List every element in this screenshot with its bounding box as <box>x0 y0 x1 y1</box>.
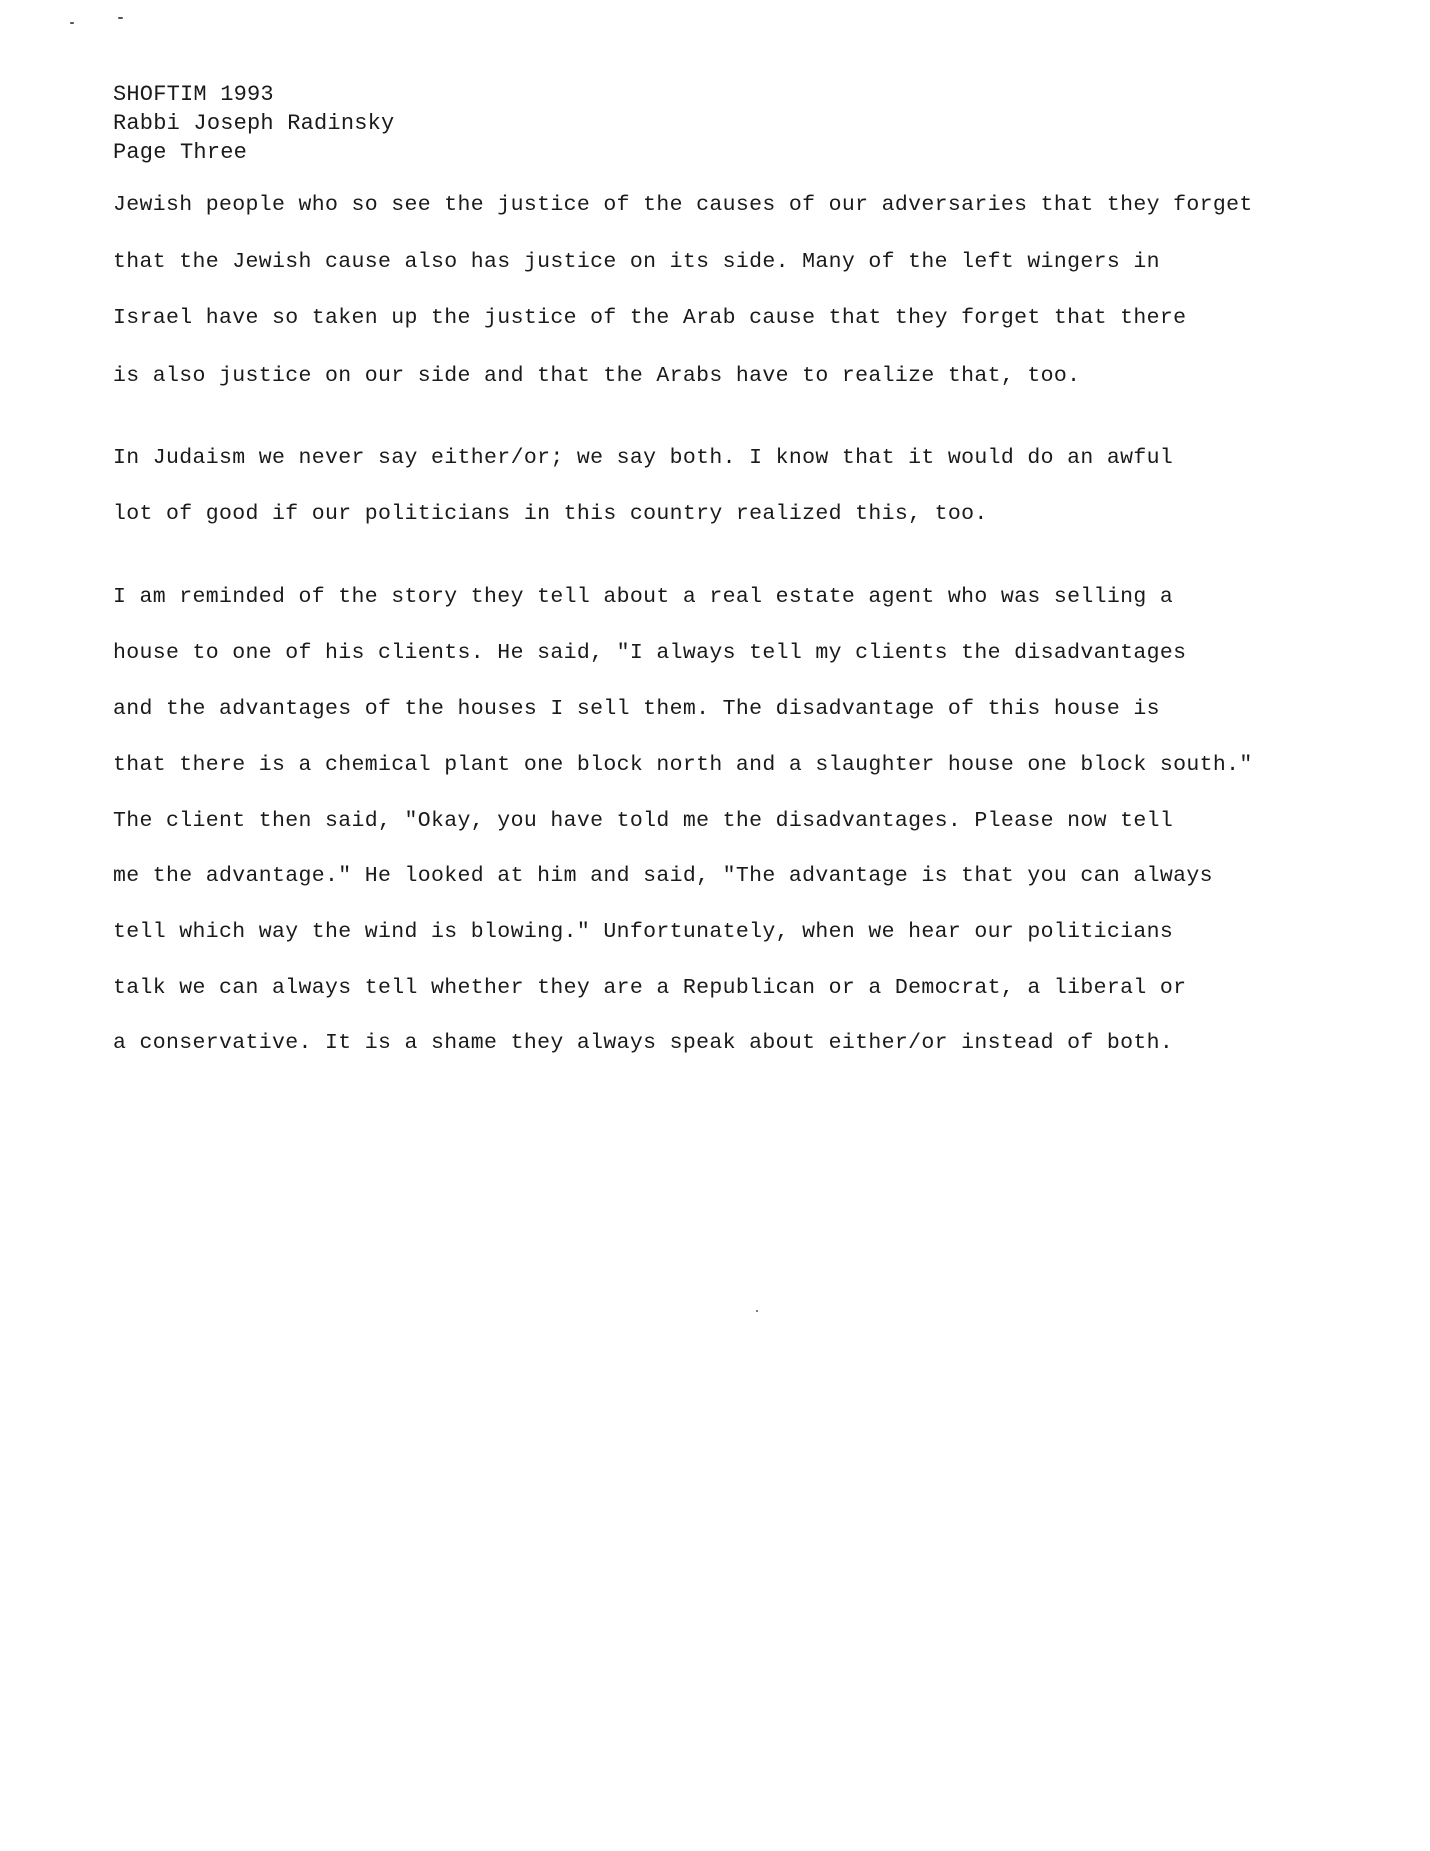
paragraph-3-line: me the advantage." He looked at him and … <box>113 864 1213 888</box>
page-label: Page Three <box>113 138 394 167</box>
paragraph-3-line: that there is a chemical plant one block… <box>113 753 1253 777</box>
paragraph-1-line: that the Jewish cause also has justice o… <box>113 250 1160 274</box>
paragraph-3-line: talk we can always tell whether they are… <box>113 976 1186 1000</box>
scan-speck <box>118 17 123 19</box>
scan-speck <box>756 1310 758 1312</box>
scan-speck <box>70 22 74 24</box>
paragraph-3-line: tell which way the wind is blowing." Unf… <box>113 920 1173 944</box>
document-header: SHOFTIM 1993 Rabbi Joseph Radinsky Page … <box>113 80 394 167</box>
paragraph-2-line: In Judaism we never say either/or; we sa… <box>113 446 1173 470</box>
paragraph-2-line: lot of good if our politicians in this c… <box>113 502 988 526</box>
paragraph-3-line: The client then said, "Okay, you have to… <box>113 809 1173 833</box>
document-page: SHOFTIM 1993 Rabbi Joseph Radinsky Page … <box>0 0 1430 1851</box>
paragraph-1-line: Israel have so taken up the justice of t… <box>113 306 1186 330</box>
author-name: Rabbi Joseph Radinsky <box>113 109 394 138</box>
paragraph-3-line: house to one of his clients. He said, "I… <box>113 641 1186 665</box>
paragraph-1-line: is also justice on our side and that the… <box>113 364 1080 388</box>
paragraph-3-line: a conservative. It is a shame they alway… <box>113 1031 1173 1055</box>
paragraph-3-line: I am reminded of the story they tell abo… <box>113 585 1173 609</box>
sermon-title: SHOFTIM 1993 <box>113 80 394 109</box>
paragraph-3-line: and the advantages of the houses I sell … <box>113 697 1160 721</box>
paragraph-1-line: Jewish people who so see the justice of … <box>113 193 1253 217</box>
